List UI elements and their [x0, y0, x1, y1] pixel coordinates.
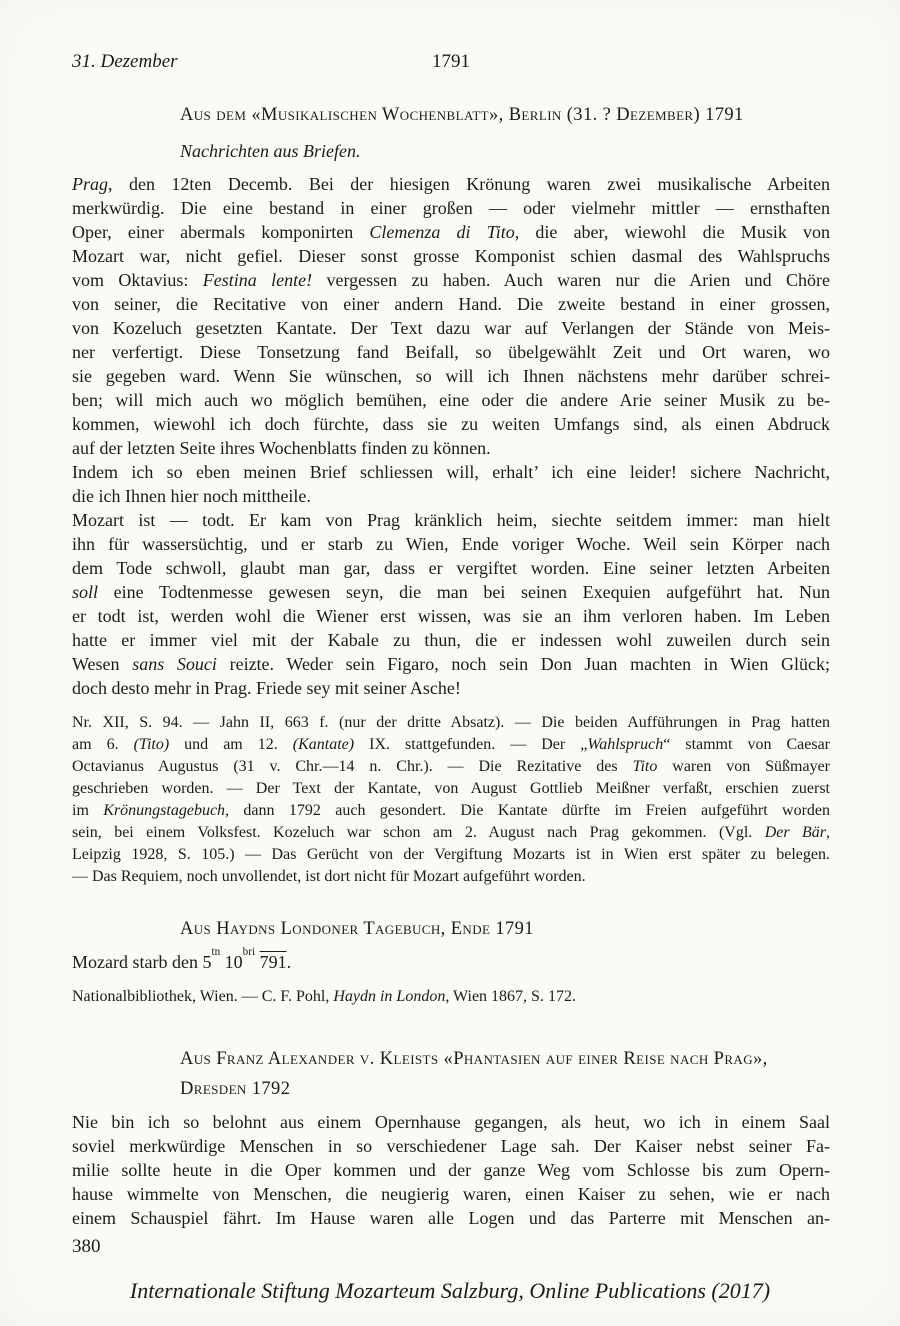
text-line: soviel merkwürdige Menschen in so versch… [72, 1134, 830, 1158]
text-line: sie gegeben ward. Wenn Sie wünschen, so … [72, 364, 830, 388]
text-line: auf der letzten Seite ihres Wochenblatts… [72, 436, 830, 460]
text-line: vom Oktavius: Festina lente! vergessen z… [72, 268, 830, 292]
text-line: hatte er immer viel mit der Kabale zu th… [72, 628, 830, 652]
document-sections: Aus dem «Musikalischen Wochenblatt», Ber… [72, 100, 830, 1230]
scanned-book-page: 31. Dezember 1791 Aus dem «Musikalischen… [0, 0, 900, 1326]
text-line: kommen, wiewohl ich doch fürchte, dass s… [72, 412, 830, 436]
section-heading: Aus Haydns Londoner Tagebuch, Ende 1791 [72, 914, 830, 944]
text-line: Mozart ist — todt. Er kam von Prag kränk… [72, 508, 830, 532]
text-line: Nie bin ich so belohnt aus einem Opernha… [72, 1110, 830, 1134]
section-heading: Aus dem «Musikalischen Wochenblatt», Ber… [72, 100, 830, 130]
footnote-line: am 6. (Tito) und am 12. (Kantate) IX. st… [72, 734, 830, 756]
text-line: Mozard starb den 5tn 10bri 791. [72, 950, 830, 974]
footnote-line: — Das Requiem, noch unvollendet, ist dor… [72, 866, 830, 888]
text-line: Prag, den 12ten Decemb. Bei der hiesigen… [72, 172, 830, 196]
text-line: ner verfertigt. Diese Tonsetzung fand Be… [72, 340, 830, 364]
heading-line: Aus Haydns Londoner Tagebuch, Ende 1791 [180, 914, 830, 944]
paragraph: Nie bin ich so belohnt aus einem Opernha… [72, 1110, 830, 1230]
section-heading: Aus Franz Alexander v. Kleists «Phantasi… [72, 1044, 830, 1104]
footnote: Nr. XII, S. 94. — Jahn II, 663 f. (nur d… [72, 712, 830, 888]
footnote-line: Leipzig 1928, S. 105.) — Das Gerücht von… [72, 844, 830, 866]
footnote-line: Nationalbibliothek, Wien. — C. F. Pohl, … [72, 986, 830, 1008]
text-line: die ich Ihnen hier noch mittheile. [72, 484, 830, 508]
paragraph: Indem ich so eben meinen Brief schliesse… [72, 460, 830, 508]
text-line: von Kozeluch gesetzten Kantate. Der Text… [72, 316, 830, 340]
section: Aus Haydns Londoner Tagebuch, Ende 1791M… [72, 914, 830, 1008]
section-subheading: Nachrichten aus Briefen. [72, 136, 830, 166]
text-line: merkwürdig. Die eine bestand in einer gr… [72, 196, 830, 220]
text-line: Mozart war, nicht gefiel. Dieser sonst g… [72, 244, 830, 268]
footer-credit: Internationale Stiftung Mozarteum Salzbu… [0, 1278, 900, 1304]
text-line: milie sollte heute in die Oper kommen un… [72, 1158, 830, 1182]
section: Aus dem «Musikalischen Wochenblatt», Ber… [72, 100, 830, 888]
paragraph: Mozart ist — todt. Er kam von Prag kränk… [72, 508, 830, 700]
text-line: ben; will mich auch wo möglich bemühen, … [72, 388, 830, 412]
text-line: Wesen sans Souci reizte. Weder sein Figa… [72, 652, 830, 676]
text-line: er todt ist, werden wohl die Wiener erst… [72, 604, 830, 628]
footnote-line: sein, bei einem Volksfest. Kozeluch war … [72, 822, 830, 844]
heading-line: Aus Franz Alexander v. Kleists «Phantasi… [180, 1044, 830, 1074]
text-line: hause wimmelte von Menschen, die neugier… [72, 1182, 830, 1206]
paragraph: Prag, den 12ten Decemb. Bei der hiesigen… [72, 172, 830, 460]
text-line: Indem ich so eben meinen Brief schliesse… [72, 460, 830, 484]
text-line: einem Schauspiel fährt. Im Hause waren a… [72, 1206, 830, 1230]
page-number: 380 [72, 1236, 101, 1258]
text-line: soll eine Todtenmesse gewesen seyn, die … [72, 580, 830, 604]
footnote-line: im Krönungstagebuch, dann 1792 auch geso… [72, 800, 830, 822]
text-line: Oper, einer abermals komponirten Clemenz… [72, 220, 830, 244]
text-line: von seiner, die Recitative von einer and… [72, 292, 830, 316]
footnote-line: Nr. XII, S. 94. — Jahn II, 663 f. (nur d… [72, 712, 830, 734]
paragraph: Mozard starb den 5tn 10bri 791. [72, 950, 830, 974]
section: Aus Franz Alexander v. Kleists «Phantasi… [72, 1044, 830, 1230]
text-line: doch desto mehr in Prag. Friede sey mit … [72, 676, 830, 700]
heading-line: Dresden 1792 [180, 1074, 830, 1104]
running-header: 31. Dezember 1791 [72, 50, 830, 74]
footnote: Nationalbibliothek, Wien. — C. F. Pohl, … [72, 986, 830, 1008]
text-line: ihn für wassersüchtig, und er starb zu W… [72, 532, 830, 556]
text-line: dem Tode schwoll, glaubt man gar, dass e… [72, 556, 830, 580]
footnote-line: geschrieben worden. — Der Text der Kanta… [72, 778, 830, 800]
text-column: 31. Dezember 1791 Aus dem «Musikalischen… [72, 50, 830, 1230]
running-header-year: 1791 [72, 50, 830, 74]
footnote-line: Octavianus Augustus (31 v. Chr.—14 n. Ch… [72, 756, 830, 778]
heading-line: Aus dem «Musikalischen Wochenblatt», Ber… [180, 100, 830, 130]
